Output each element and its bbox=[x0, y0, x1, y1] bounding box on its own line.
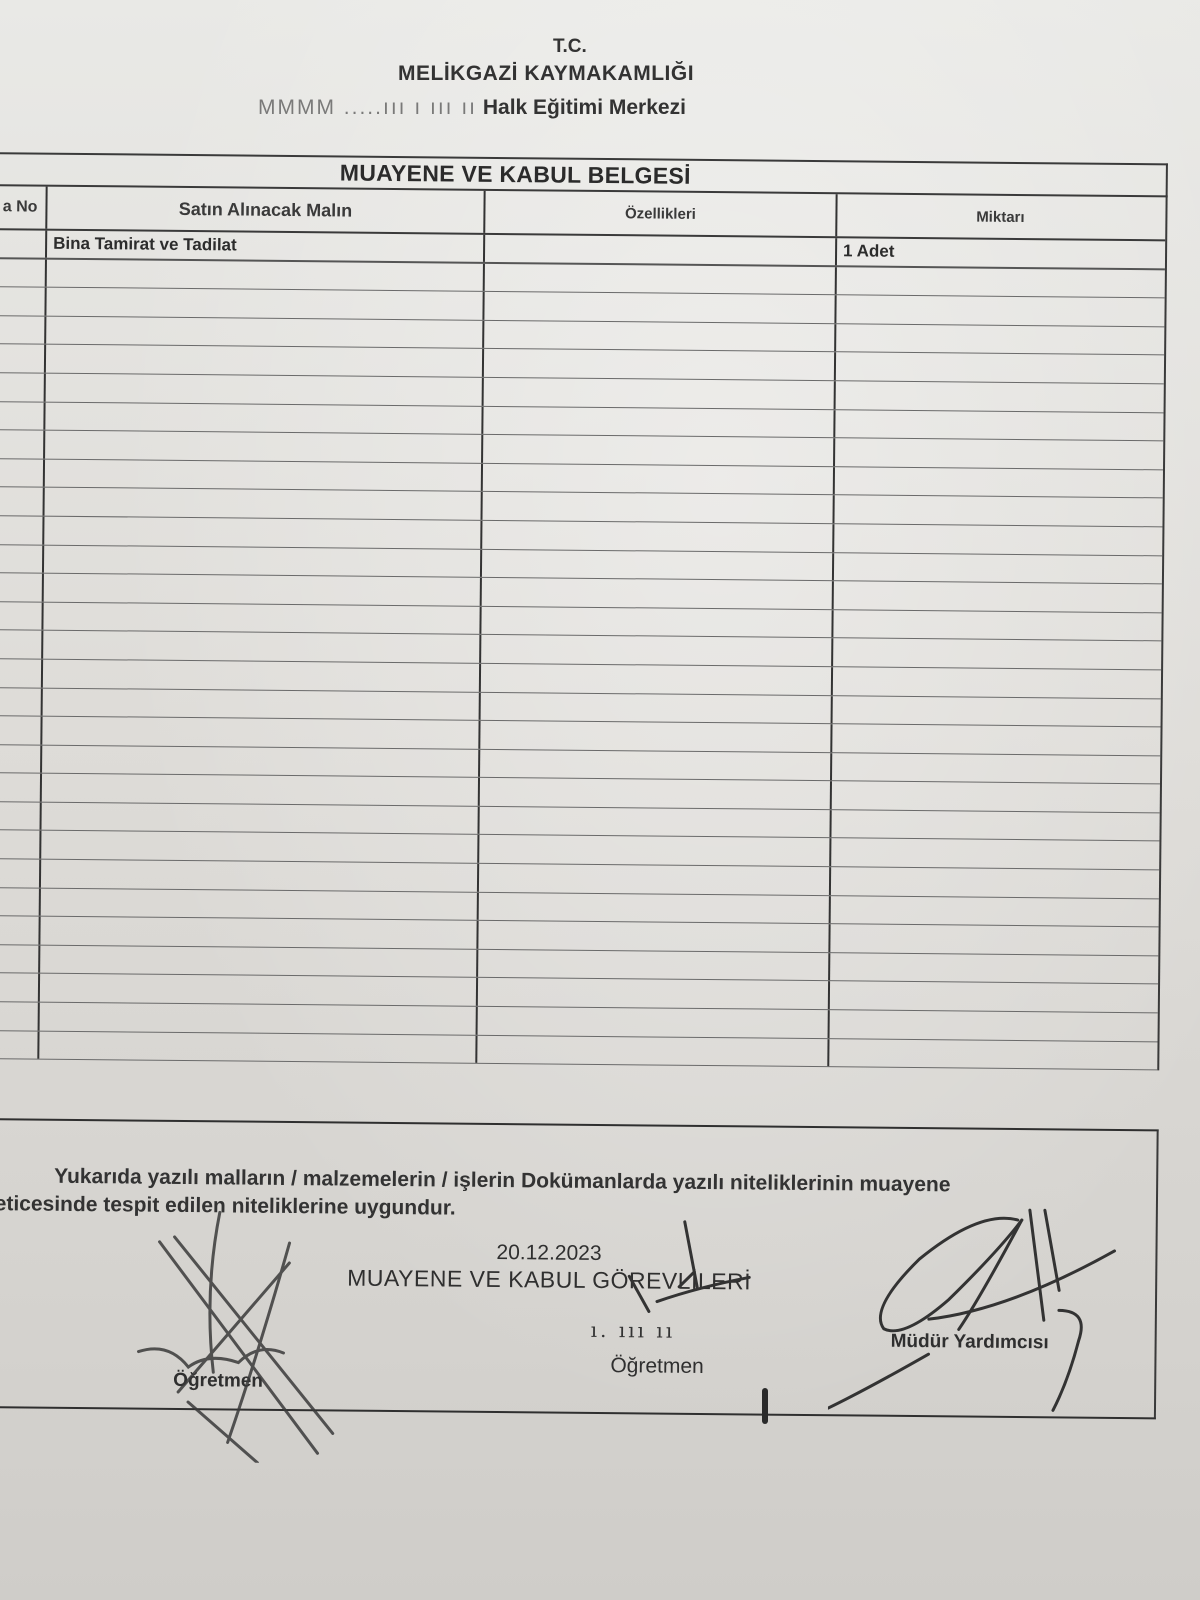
empty-cell bbox=[836, 381, 1162, 412]
empty-cell bbox=[42, 745, 480, 777]
empty-cell bbox=[836, 353, 1162, 384]
cell-item: Bina Tamirat ve Tadilat bbox=[47, 231, 485, 262]
empty-cell bbox=[40, 974, 478, 1006]
signature-3-icon bbox=[828, 1198, 1130, 1421]
empty-cell bbox=[0, 545, 44, 573]
committee-title: MUAYENE VE KABUL GÖREVLİLERİ bbox=[347, 1265, 751, 1296]
empty-cell bbox=[479, 807, 831, 838]
empty-cell bbox=[46, 345, 484, 377]
empty-cell bbox=[485, 263, 837, 294]
signatory-2-name: ı. ııı ıı bbox=[591, 1318, 676, 1343]
cell-properties bbox=[485, 235, 837, 265]
empty-cell bbox=[481, 635, 833, 666]
column-header-properties: Özellikleri bbox=[485, 191, 837, 236]
empty-cell bbox=[41, 831, 479, 863]
empty-cell bbox=[834, 524, 1160, 555]
column-header-quantity: Miktarı bbox=[837, 194, 1163, 239]
empty-cell bbox=[832, 781, 1158, 812]
empty-cell bbox=[833, 610, 1159, 641]
empty-cell bbox=[47, 259, 485, 291]
empty-cell bbox=[479, 864, 831, 895]
empty-cell bbox=[0, 516, 45, 544]
header-tc: T.C. bbox=[553, 36, 587, 58]
empty-cell bbox=[0, 1002, 40, 1030]
inspection-form: MUAYENE VE KABUL BELGESİ a No Satın Alın… bbox=[0, 152, 1168, 1411]
empty-cell bbox=[835, 410, 1161, 441]
empty-cell bbox=[0, 259, 47, 287]
empty-cell bbox=[836, 324, 1162, 355]
empty-cell bbox=[0, 830, 41, 858]
empty-cell bbox=[43, 602, 481, 634]
empty-cell bbox=[482, 578, 834, 609]
empty-cell bbox=[481, 607, 833, 638]
signature-1-icon bbox=[117, 1201, 359, 1463]
empty-cell bbox=[478, 978, 830, 1009]
empty-cell bbox=[43, 688, 481, 720]
empty-cell bbox=[836, 295, 1162, 326]
empty-cell bbox=[40, 945, 478, 977]
empty-cell bbox=[480, 721, 832, 752]
empty-cell bbox=[42, 774, 480, 806]
empty-cell bbox=[0, 773, 42, 801]
empty-cell bbox=[832, 753, 1158, 784]
empty-cell bbox=[831, 896, 1157, 927]
empty-cell bbox=[0, 459, 45, 487]
empty-cell bbox=[0, 402, 46, 430]
empty-cell bbox=[45, 431, 483, 463]
empty-cell bbox=[0, 1031, 40, 1059]
empty-cell bbox=[0, 716, 43, 744]
empty-cell bbox=[835, 438, 1161, 469]
empty-cell bbox=[0, 373, 46, 401]
empty-cell bbox=[833, 667, 1159, 698]
empty-cell bbox=[837, 267, 1163, 298]
empty-cell bbox=[0, 802, 42, 830]
empty-cell bbox=[44, 574, 482, 606]
empty-cell bbox=[481, 664, 833, 695]
empty-cell bbox=[46, 374, 484, 406]
empty-cell bbox=[0, 602, 44, 630]
empty-cell bbox=[40, 1003, 478, 1035]
empty-cell bbox=[0, 945, 40, 973]
empty-cell bbox=[829, 1039, 1155, 1070]
empty-cell bbox=[830, 982, 1156, 1013]
empty-cell bbox=[482, 492, 834, 523]
empty-cell bbox=[0, 888, 41, 916]
empty-cell bbox=[0, 687, 43, 715]
empty-cell bbox=[830, 1010, 1156, 1041]
header-institution: MMMM .....ııı ı ııı ıı Halk Eğitimi Merk… bbox=[258, 96, 686, 120]
empty-cell bbox=[39, 1031, 477, 1063]
empty-cell bbox=[0, 916, 41, 944]
empty-cell bbox=[478, 950, 830, 981]
empty-cell bbox=[480, 750, 832, 781]
empty-cell bbox=[831, 810, 1157, 841]
empty-cell bbox=[0, 745, 42, 773]
empty-cell bbox=[0, 859, 41, 887]
statement-line-2: neticesinde tespit edilen niteliklerine … bbox=[0, 1192, 456, 1221]
empty-cell bbox=[833, 639, 1159, 670]
empty-cell bbox=[478, 1007, 830, 1038]
empty-cell bbox=[477, 1035, 829, 1066]
items-table: a No Satın Alınacak Malın Özellikleri Mi… bbox=[0, 184, 1168, 1071]
empty-cell bbox=[45, 459, 483, 491]
empty-cell bbox=[831, 867, 1157, 898]
empty-cell bbox=[41, 888, 479, 920]
empty-cell bbox=[0, 630, 43, 658]
signatory-1-role: Öğretmen bbox=[173, 1370, 263, 1393]
cell-no: 1 bbox=[0, 230, 47, 257]
empty-cell bbox=[0, 487, 45, 515]
signatory-3-role: Müdür Yardımcısı bbox=[891, 1331, 1049, 1355]
empty-cell bbox=[834, 553, 1160, 584]
empty-cell bbox=[833, 696, 1159, 727]
empty-cell bbox=[834, 581, 1160, 612]
signatory-2-role: Öğretmen bbox=[610, 1354, 704, 1379]
empty-cell bbox=[0, 344, 46, 372]
empty-cell bbox=[0, 573, 44, 601]
cell-quantity: 1 Adet bbox=[837, 238, 1163, 268]
empty-cell bbox=[834, 496, 1160, 527]
empty-cell bbox=[43, 631, 481, 663]
empty-cell bbox=[0, 430, 45, 458]
empty-cell bbox=[44, 517, 482, 549]
empty-cell bbox=[830, 924, 1156, 955]
empty-cell bbox=[832, 724, 1158, 755]
column-header-no: a No bbox=[0, 186, 48, 229]
empty-cell bbox=[484, 292, 836, 323]
empty-cell bbox=[483, 464, 835, 495]
empty-cell bbox=[0, 287, 47, 315]
empty-cell bbox=[831, 839, 1157, 870]
header-institution-name: Halk Eğitimi Merkezi bbox=[483, 96, 686, 119]
empty-cell bbox=[484, 321, 836, 352]
header-redacted-text: MMMM .....ııı ı ııı ıı bbox=[258, 96, 477, 119]
empty-cell bbox=[479, 835, 831, 866]
certification-footer: Yukarıda yazılı malların / malzemelerin … bbox=[0, 1118, 1159, 1419]
empty-cell bbox=[479, 892, 831, 923]
form-title: MUAYENE VE KABUL BELGESİ bbox=[340, 159, 691, 189]
empty-cell bbox=[835, 467, 1161, 498]
empty-cell bbox=[40, 917, 478, 949]
empty-cell bbox=[41, 860, 479, 892]
empty-cell bbox=[484, 349, 836, 380]
empty-cell bbox=[830, 953, 1156, 984]
empty-cell bbox=[44, 545, 482, 577]
empty-cell bbox=[484, 378, 836, 409]
column-header-item: Satın Alınacak Malın bbox=[47, 187, 485, 233]
empty-cell bbox=[0, 316, 46, 344]
empty-cell bbox=[0, 973, 40, 1001]
empty-cell bbox=[481, 692, 833, 723]
empty-cell bbox=[45, 488, 483, 520]
empty-cell bbox=[478, 921, 830, 952]
empty-cell bbox=[483, 406, 835, 437]
empty-cell bbox=[482, 549, 834, 580]
empty-cell bbox=[43, 660, 481, 692]
empty-cell bbox=[46, 288, 484, 320]
empty-cell bbox=[0, 659, 43, 687]
empty-cell bbox=[42, 717, 480, 749]
empty-cell bbox=[483, 435, 835, 466]
empty-cell bbox=[46, 316, 484, 348]
document-date: 20.12.2023 bbox=[496, 1241, 601, 1266]
empty-cell bbox=[480, 778, 832, 809]
ink-mark bbox=[762, 1388, 768, 1424]
statement-line-1: Yukarıda yazılı malların / malzemelerin … bbox=[54, 1165, 951, 1198]
empty-cell bbox=[45, 402, 483, 434]
empty-cell bbox=[482, 521, 834, 552]
header-district-governorship: MELİKGAZİ KAYMAKAMLIĞI bbox=[398, 62, 694, 86]
empty-cell bbox=[41, 802, 479, 834]
